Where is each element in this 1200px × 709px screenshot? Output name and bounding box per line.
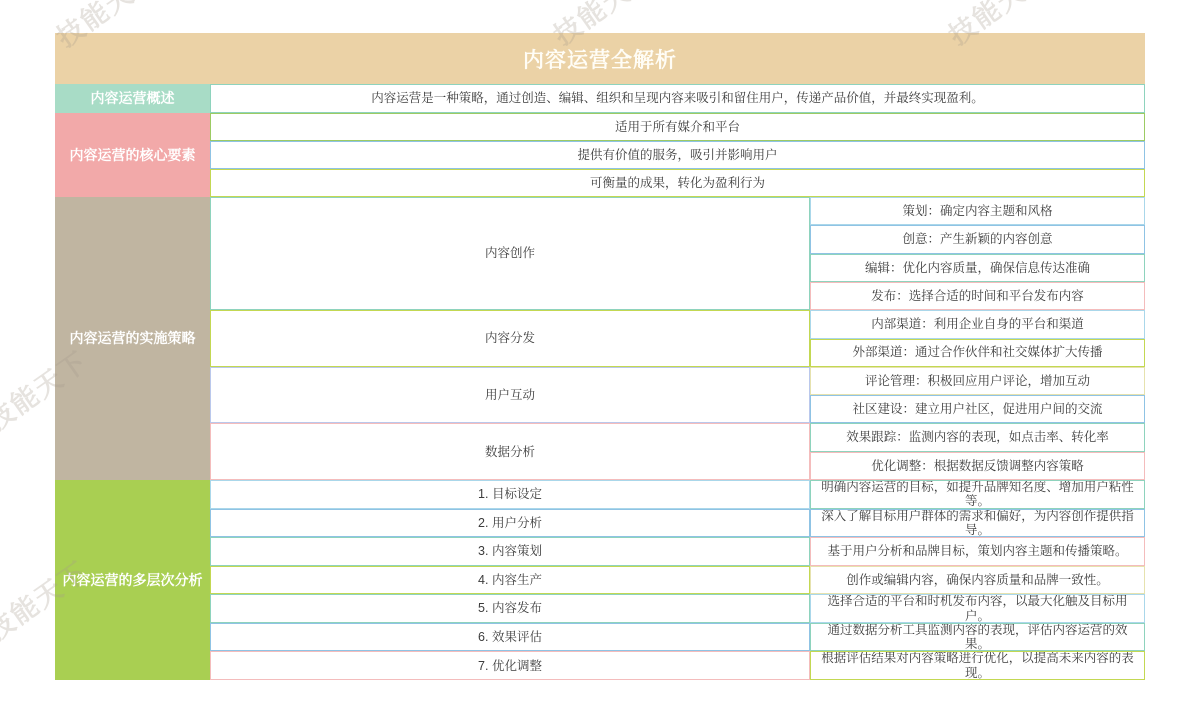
- analysis-step: 6. 效果评估: [210, 623, 810, 652]
- strategy-group-data-analysis: 数据分析 效果跟踪：监测内容的表现，如点击率、转化率 优化调整：根据数据反馈调整…: [210, 423, 1145, 480]
- section-header-multi-level: 内容运营的多层次分析: [55, 480, 210, 680]
- analysis-detail: 通过数据分析工具监测内容的表现，评估内容运营的效果。: [810, 623, 1145, 652]
- analysis-detail: 明确内容运营的目标，如提升品牌知名度、增加用户粘性等。: [810, 480, 1145, 509]
- strategy-detail: 优化调整：根据数据反馈调整内容策略: [810, 452, 1145, 480]
- section-core-elements: 内容运营的核心要素 适用于所有媒介和平台 提供有价值的服务，吸引并影响用户 可衡…: [55, 113, 1145, 197]
- analysis-row: 5. 内容发布 选择合适的平台和时机发布内容，以最大化触及目标用户。: [210, 594, 1145, 623]
- section-header-core-elements: 内容运营的核心要素: [55, 113, 210, 197]
- analysis-row: 4. 内容生产 创作或编辑内容，确保内容质量和品牌一致性。: [210, 566, 1145, 595]
- analysis-detail: 创作或编辑内容，确保内容质量和品牌一致性。: [810, 566, 1145, 595]
- analysis-row: 1. 目标设定 明确内容运营的目标，如提升品牌知名度、增加用户粘性等。: [210, 480, 1145, 509]
- strategy-group-label: 内容创作: [210, 197, 810, 310]
- strategy-detail: 创意：产生新颖的内容创意: [810, 225, 1145, 253]
- analysis-step: 3. 内容策划: [210, 537, 810, 566]
- strategy-detail: 策划：确定内容主题和风格: [810, 197, 1145, 225]
- analysis-step: 7. 优化调整: [210, 651, 810, 680]
- core-row: 适用于所有媒介和平台: [210, 113, 1145, 141]
- strategy-group-user-interaction: 用户互动 评论管理：积极回应用户评论，增加互动 社区建设：建立用户社区，促进用户…: [210, 367, 1145, 424]
- analysis-row: 2. 用户分析 深入了解目标用户群体的需求和偏好，为内容创作提供指导。: [210, 509, 1145, 538]
- strategy-group-content-distribution: 内容分发 内部渠道：利用企业自身的平台和渠道 外部渠道：通过合作伙伴和社交媒体扩…: [210, 310, 1145, 367]
- strategy-detail: 编辑：优化内容质量，确保信息传达准确: [810, 254, 1145, 282]
- analysis-detail: 基于用户分析和品牌目标，策划内容主题和传播策略。: [810, 537, 1145, 566]
- analysis-step: 2. 用户分析: [210, 509, 810, 538]
- strategy-group-label: 数据分析: [210, 423, 810, 480]
- strategy-group-content-creation: 内容创作 策划：确定内容主题和风格 创意：产生新颖的内容创意 编辑：优化内容质量…: [210, 197, 1145, 310]
- summary-table: 内容运营全解析 内容运营概述 内容运营是一种策略，通过创造、编辑、组织和呈现内容…: [55, 33, 1145, 680]
- strategy-detail: 社区建设：建立用户社区，促进用户间的交流: [810, 395, 1145, 423]
- strategy-detail: 效果跟踪：监测内容的表现，如点击率、转化率: [810, 423, 1145, 451]
- analysis-step: 5. 内容发布: [210, 594, 810, 623]
- overview-row: 内容运营是一种策略，通过创造、编辑、组织和呈现内容来吸引和留住用户，传递产品价值…: [210, 84, 1145, 113]
- section-multi-level-analysis: 内容运营的多层次分析 1. 目标设定 明确内容运营的目标，如提升品牌知名度、增加…: [55, 480, 1145, 680]
- strategy-detail: 外部渠道：通过合作伙伴和社交媒体扩大传播: [810, 339, 1145, 367]
- core-row: 提供有价值的服务，吸引并影响用户: [210, 141, 1145, 169]
- page-title: 内容运营全解析: [55, 33, 1145, 84]
- analysis-row: 6. 效果评估 通过数据分析工具监测内容的表现，评估内容运营的效果。: [210, 623, 1145, 652]
- strategy-detail: 内部渠道：利用企业自身的平台和渠道: [810, 310, 1145, 338]
- analysis-detail: 选择合适的平台和时机发布内容，以最大化触及目标用户。: [810, 594, 1145, 623]
- analysis-row: 7. 优化调整 根据评估结果对内容策略进行优化，以提高未来内容的表现。: [210, 651, 1145, 680]
- analysis-step: 4. 内容生产: [210, 566, 810, 595]
- analysis-detail: 根据评估结果对内容策略进行优化，以提高未来内容的表现。: [810, 651, 1145, 680]
- section-header-implementation: 内容运营的实施策略: [55, 197, 210, 480]
- core-row: 可衡量的成果，转化为盈利行为: [210, 169, 1145, 197]
- section-header-overview: 内容运营概述: [55, 84, 210, 113]
- section-implementation-strategy: 内容运营的实施策略 内容创作 策划：确定内容主题和风格 创意：产生新颖的内容创意…: [55, 197, 1145, 480]
- strategy-detail: 评论管理：积极回应用户评论，增加互动: [810, 367, 1145, 395]
- analysis-step: 1. 目标设定: [210, 480, 810, 509]
- strategy-group-label: 用户互动: [210, 367, 810, 424]
- strategy-group-label: 内容分发: [210, 310, 810, 367]
- section-overview: 内容运营概述 内容运营是一种策略，通过创造、编辑、组织和呈现内容来吸引和留住用户…: [55, 84, 1145, 113]
- content-operations-mindmap-table: 技能天下 技能天下 技能天下 技能天下 技能天下 内容运营全解析 内容运营概述 …: [0, 0, 1200, 709]
- strategy-detail: 发布：选择合适的时间和平台发布内容: [810, 282, 1145, 310]
- analysis-row: 3. 内容策划 基于用户分析和品牌目标，策划内容主题和传播策略。: [210, 537, 1145, 566]
- analysis-detail: 深入了解目标用户群体的需求和偏好，为内容创作提供指导。: [810, 509, 1145, 538]
